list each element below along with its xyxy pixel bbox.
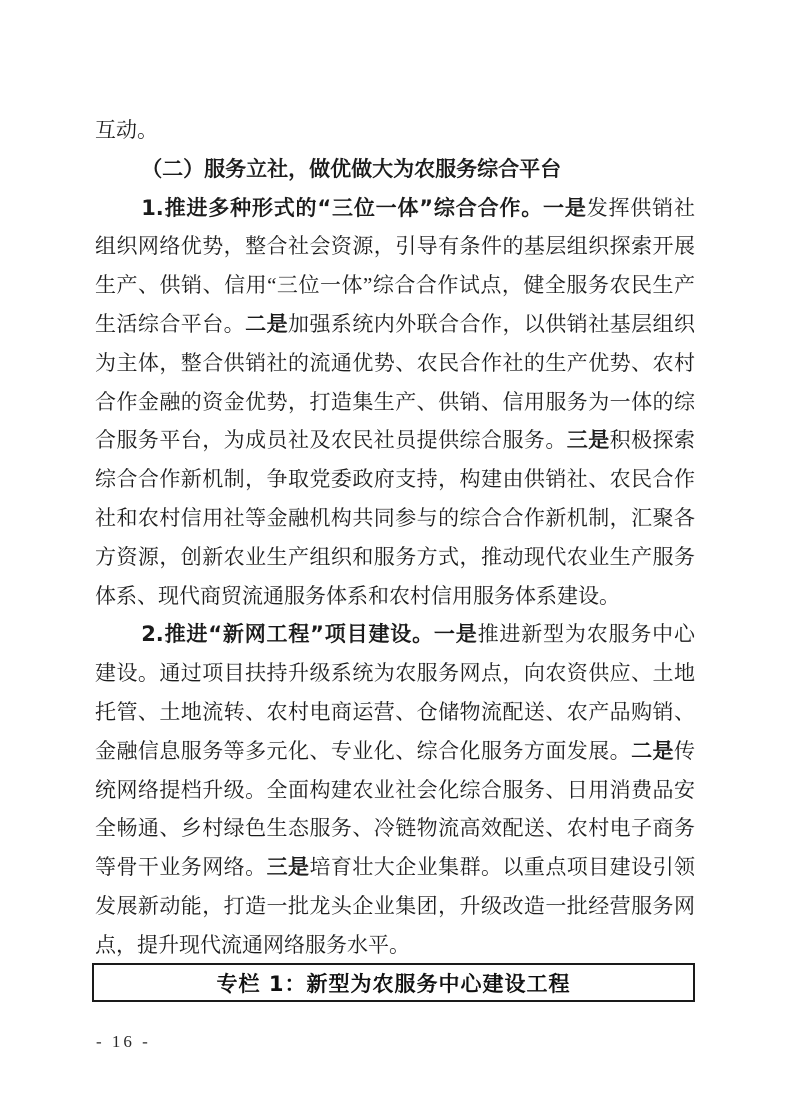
column-1-box: 专栏 1：新型为农服务中心建设工程 [92,963,695,1002]
page-number: - 16 - [96,1032,151,1052]
section-heading: （二）服务立社，做优做大为农服务综合平台 [95,150,695,189]
section-heading-text: （二）服务立社，做优做大为农服务综合平台 [141,157,561,181]
continuation-text: 互动。 [95,118,158,142]
paragraph-2-lead: 2.推进“新网工程”项目建设。一是 [141,622,477,646]
paragraph-1-lead: 1.推进多种形式的“三位一体”综合合作。一是 [141,196,587,220]
body-paragraph-2: 2.推进“新网工程”项目建设。一是推进新型为农服务中心建设。通过项目扶持升级系统… [95,615,695,964]
document-page: 互动。 （二）服务立社，做优做大为农服务综合平台 1.推进多种形式的“三位一体”… [0,0,790,1118]
continuation-paragraph: 互动。 [95,111,695,150]
paragraph-1-text-c: 积极探索综合合作新机制，争取党委政府支持，构建由供销社、农民合作社和农村信用社等… [95,428,695,607]
paragraph-2-marker-2: 二是 [631,739,674,763]
paragraph-1-marker-3: 三是 [567,428,610,452]
column-1-box-title: 专栏 1：新型为农服务中心建设工程 [217,968,571,998]
paragraph-2-marker-3: 三是 [267,855,310,879]
paragraph-1-marker-2: 二是 [245,312,288,336]
body-paragraph-1: 1.推进多种形式的“三位一体”综合合作。一是发挥供销社组织网络优势，整合社会资源… [95,189,695,616]
document-body: 互动。 （二）服务立社，做优做大为农服务综合平台 1.推进多种形式的“三位一体”… [95,111,695,965]
